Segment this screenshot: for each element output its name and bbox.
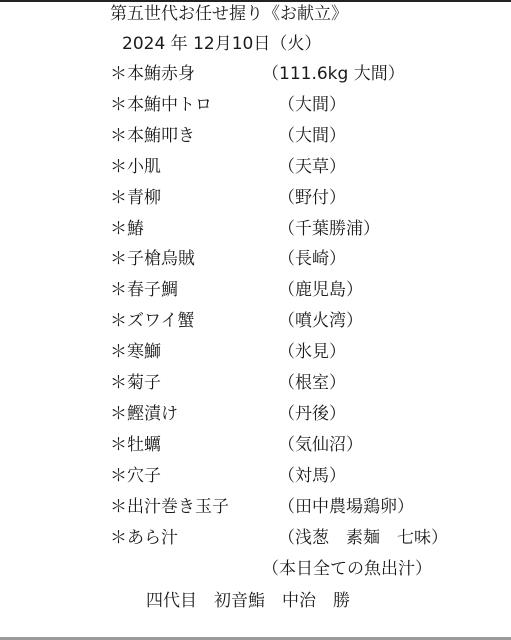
menu-title: 第五世代お任せ握り《お献立》 [110,2,348,26]
dish-origin: （大間） [278,93,346,117]
dish-origin: （大間） [278,124,346,148]
dish-name: ＊本鮪叩き [110,124,195,148]
dish-origin: （111.6kg 大間） [262,62,405,86]
dish-origin: （天草） [278,155,346,179]
dish-name: ＊青柳 [110,186,161,210]
dish-origin: （野付） [278,186,346,210]
dish-origin: （浅葱 素麺 七味） [278,526,448,550]
dish-name: ＊あら汁 [110,526,178,550]
dish-name: ＊出汁巻き玉子 [110,495,229,519]
dish-origin: （気仙沼） [278,433,363,457]
dish-origin: （対馬） [278,464,346,488]
dish-name: ＊本鮪赤身 [110,62,195,86]
chef-signature: 四代目 初音鮨 中治 勝 [146,589,350,613]
dish-name: ＊菊子 [110,371,161,395]
menu-note: （本日全ての魚出汁） [262,557,432,581]
dish-name: ＊子槍烏賊 [110,247,195,271]
menu-date: 2024 年 12月10日（火） [122,32,321,56]
dish-name: ＊本鮪中トロ [110,93,212,117]
dish-name: ＊鰹漬け [110,402,178,426]
dish-origin: （長崎） [278,247,346,271]
dish-name: ＊寒鰤 [110,340,161,364]
dish-name: ＊ズワイ蟹 [110,309,195,333]
dish-origin: （千葉勝浦） [278,217,380,241]
dish-origin: （根室） [278,371,346,395]
dish-origin: （丹後） [278,402,346,426]
dish-origin: （氷見） [278,340,346,364]
dish-name: ＊鰆 [110,217,144,241]
dish-name: ＊小肌 [110,155,161,179]
dish-name: ＊春子鯛 [110,278,178,302]
dish-name: ＊牡蠣 [110,433,161,457]
dish-origin: （鹿児島） [278,278,363,302]
dish-origin: （田中農場鶏卵） [278,495,414,519]
dish-origin: （噴火湾） [278,309,363,333]
dish-name: ＊穴子 [110,464,161,488]
